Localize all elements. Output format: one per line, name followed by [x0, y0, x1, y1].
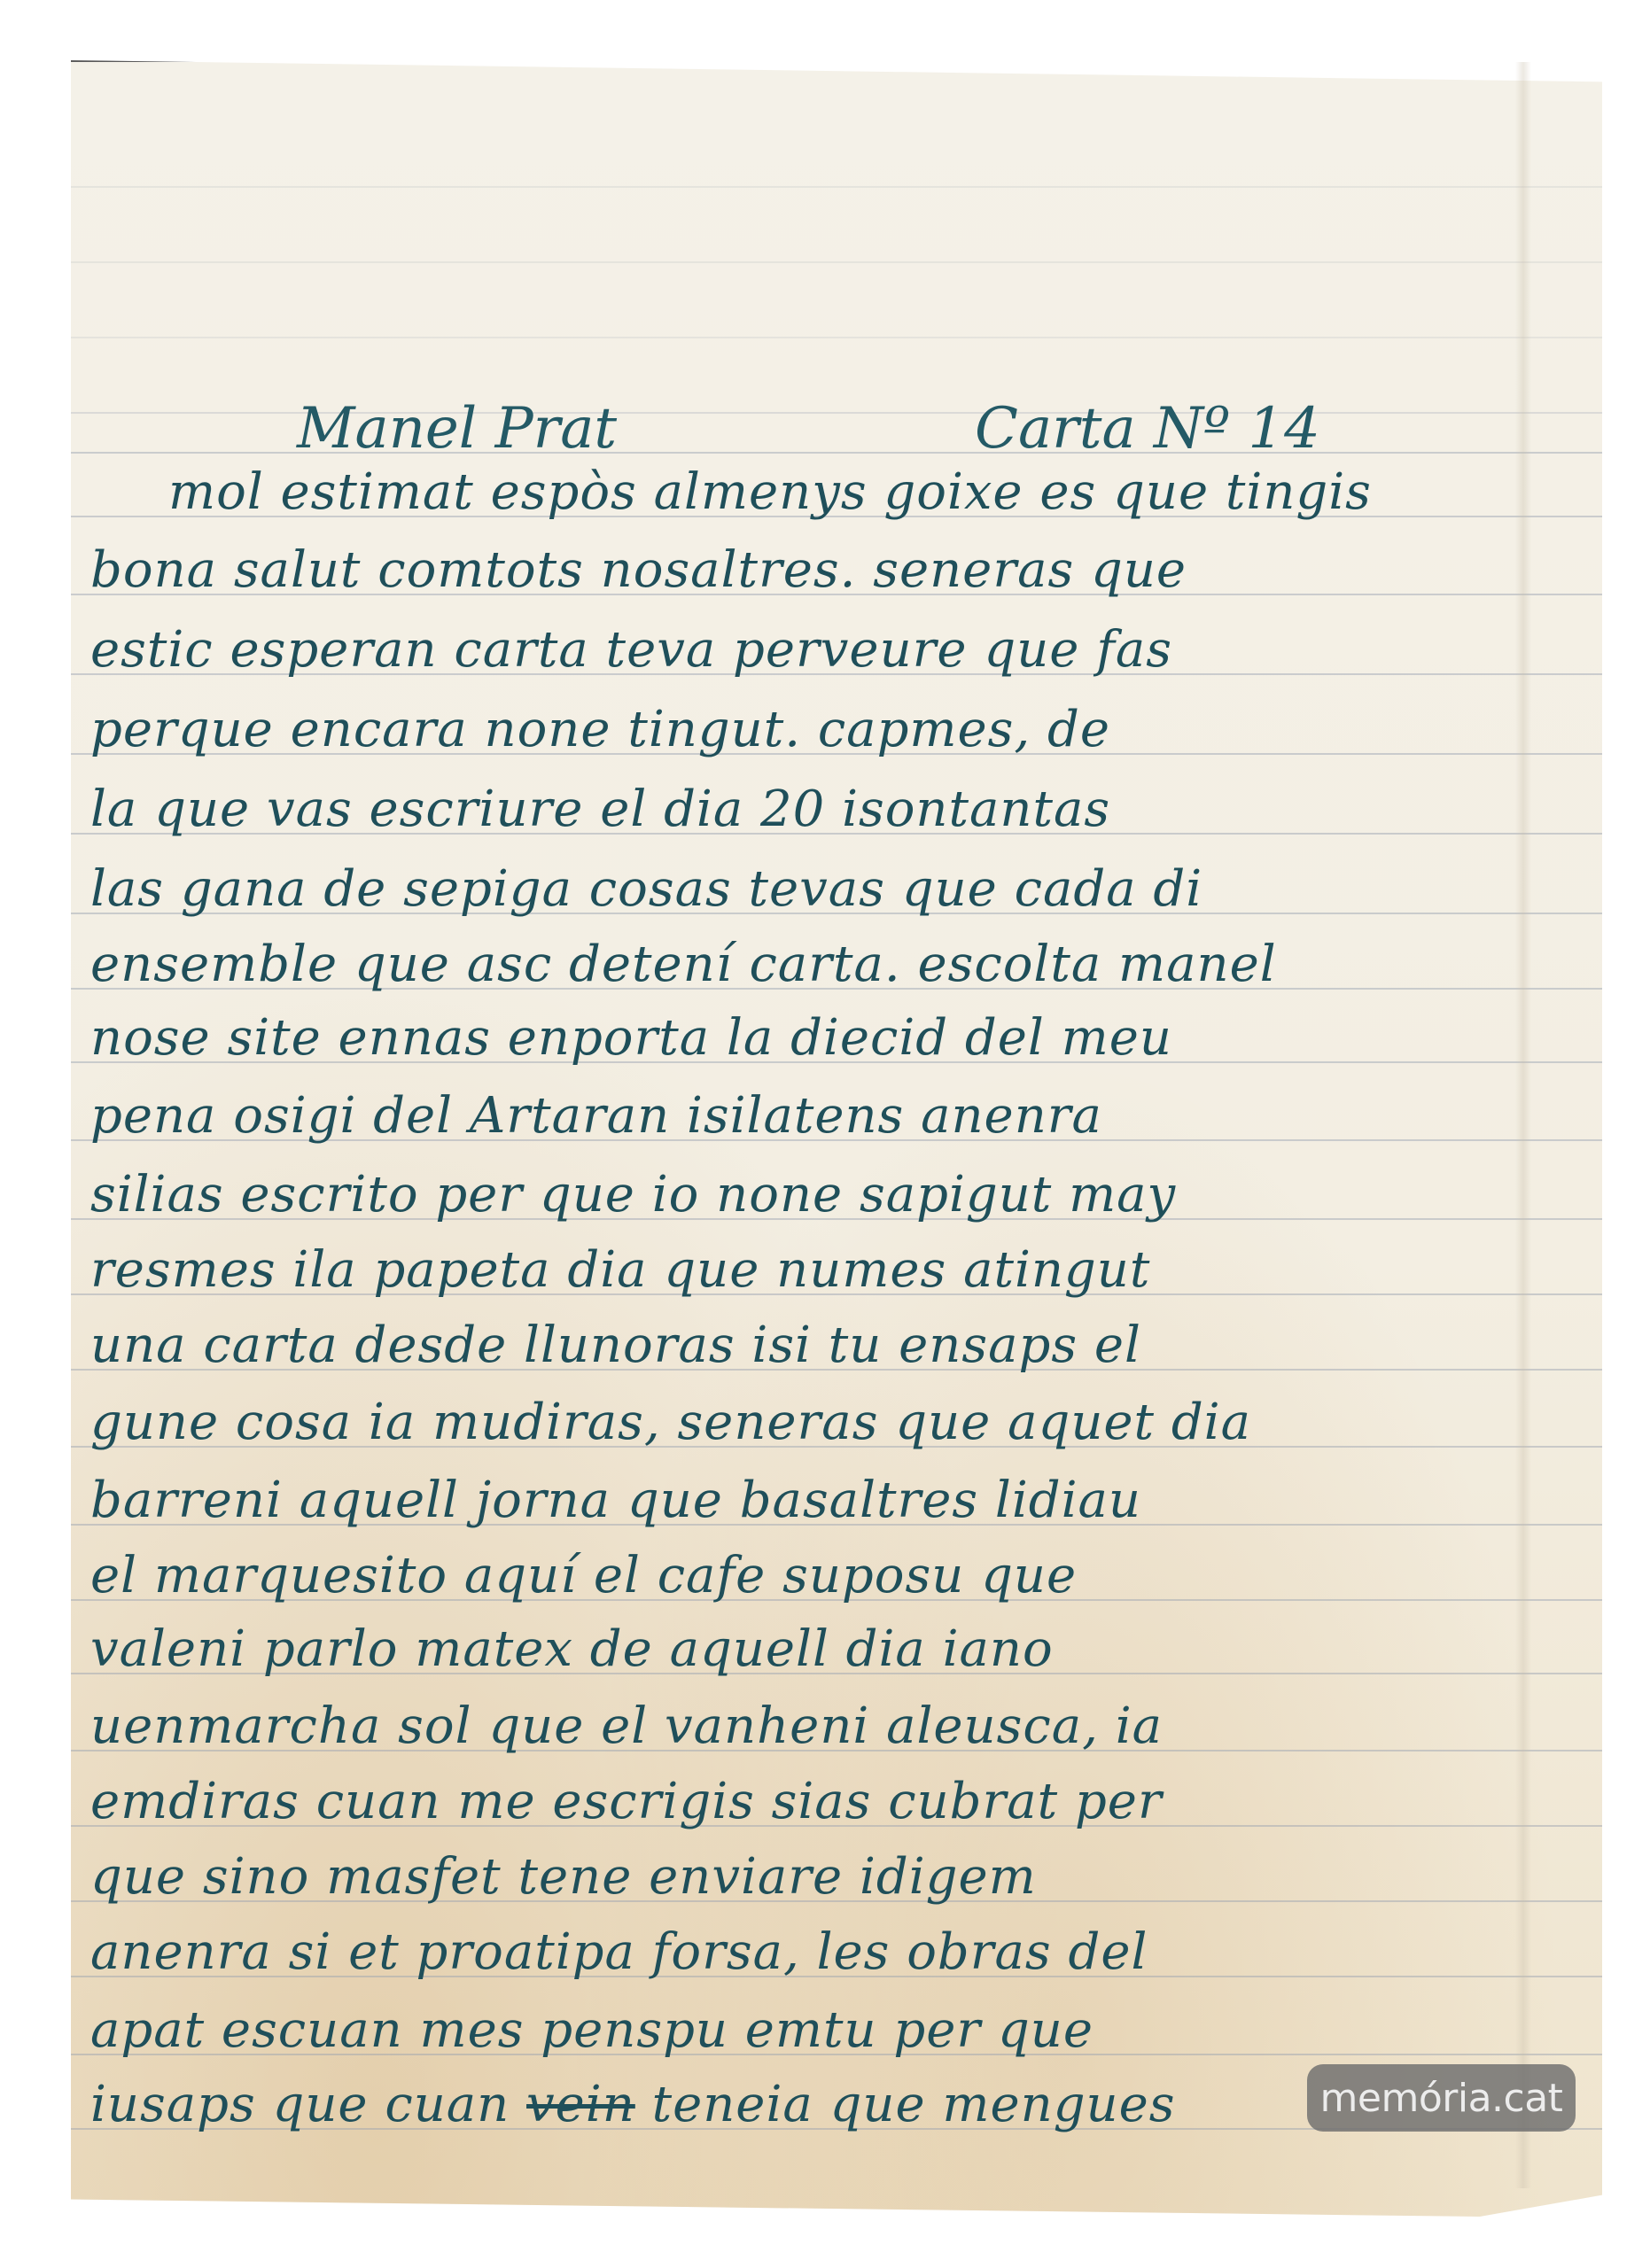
watermark-text: memória.cat: [1320, 2076, 1563, 2121]
letter-line: emdiras cuan me escrigis sias cubrat per: [90, 1777, 1163, 1827]
ruled-line: [71, 261, 1602, 263]
ruled-line: [71, 337, 1602, 338]
letter-line: que sino masfet tene enviare idigem: [90, 1852, 1037, 1902]
letter-line: apat escuan mes penspu emtu per que: [90, 2006, 1094, 2055]
letter-paper: Manel Prat Carta Nº 14 mol estimat espòs…: [71, 60, 1602, 2217]
letter-line: uenmarcha sol que el vanheni aleusca, ia: [90, 1702, 1163, 1751]
letter-line: gune cosa ia mudiras, seneras que aquet …: [90, 1398, 1251, 1448]
letter-line: silias escrito per que io none sapigut m…: [90, 1170, 1176, 1220]
letter-header-name: Manel Prat: [297, 400, 617, 457]
letter-line: barreni aquell jorna que basaltres lidia…: [90, 1476, 1141, 1526]
letter-line: pena osigi del Artaran isilatens anenra: [90, 1091, 1102, 1141]
letter-line: el marquesito aquí el cafe suposu que: [90, 1551, 1077, 1601]
letter-line: valeni parlo matex de aquell dia iano: [90, 1625, 1054, 1674]
letter-line: mol estimat espòs almenys goixe es que t…: [168, 468, 1372, 517]
struck-word: vein: [526, 2076, 635, 2133]
letter-line: resmes ila papeta dia que numes atingut: [90, 1246, 1150, 1295]
letter-line: una carta desde llunoras isi tu ensaps e…: [90, 1321, 1141, 1371]
paper-fold-crease: [1515, 62, 1531, 2188]
ruled-line: [71, 186, 1602, 188]
letter-line: la que vas escriure el dia 20 isontantas: [90, 785, 1110, 835]
letter-line: estic esperan carta teva perveure que fa…: [90, 625, 1172, 675]
letter-line: bona salut comtots nosaltres. seneras qu…: [90, 546, 1187, 595]
letter-line: nose site ennas enporta la diecid del me…: [90, 1014, 1172, 1063]
watermark-badge: memória.cat: [1307, 2064, 1576, 2132]
letter-line: anenra si et proatipa forsa, les obras d…: [90, 1928, 1148, 1977]
letter-line: perque encara none tingut. capmes, de: [90, 705, 1110, 755]
letter-line-last: iusaps que cuan vein teneia que mengues: [90, 2080, 1176, 2130]
letter-header-number: Carta Nº 14: [975, 400, 1320, 457]
letter-line: las gana de sepiga cosas tevas que cada …: [90, 865, 1202, 914]
letter-line: ensemble que asc detení carta. escolta m…: [90, 940, 1277, 990]
